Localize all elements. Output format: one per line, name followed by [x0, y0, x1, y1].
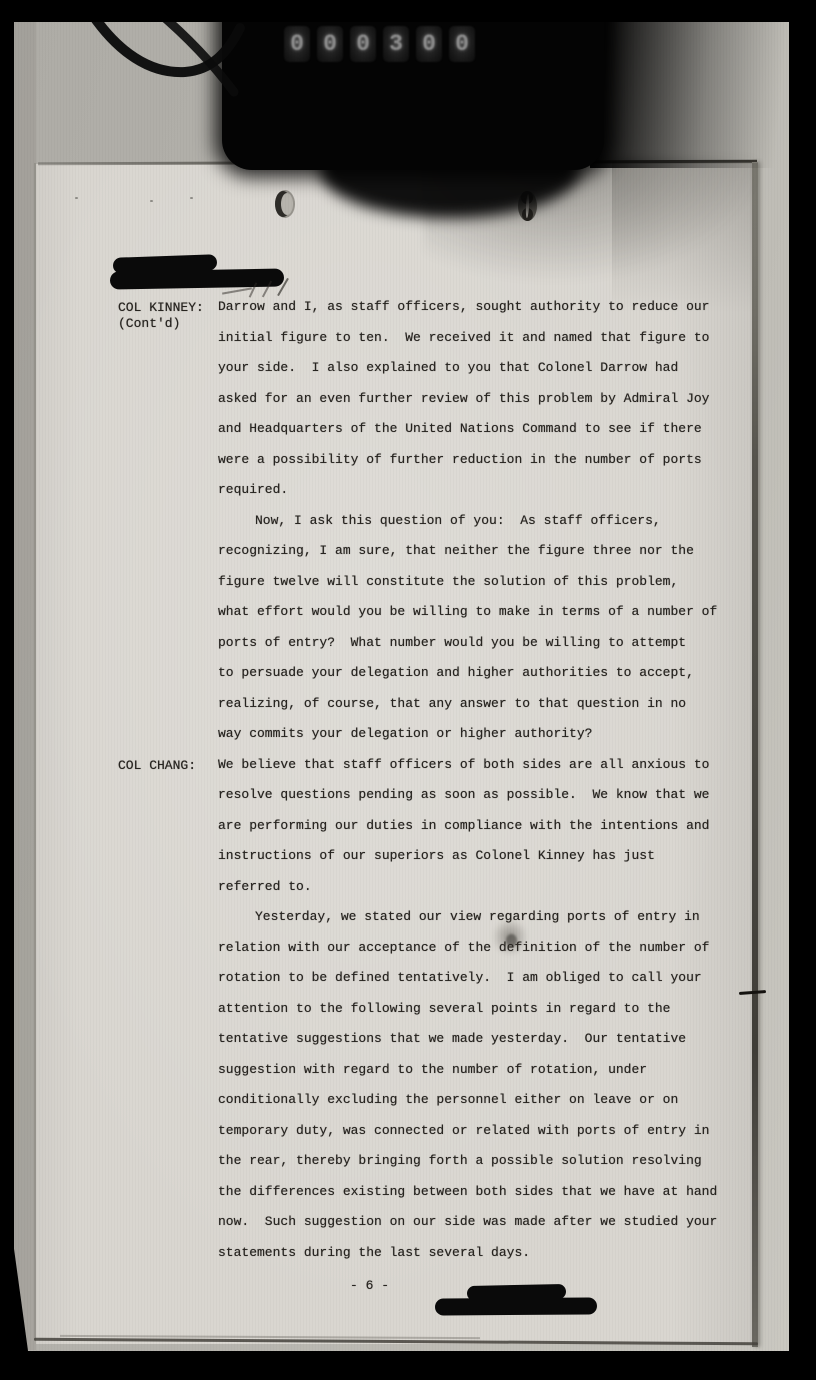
device-shadow [590, 0, 802, 168]
transcript-line: are performing our duties in compliance … [218, 811, 728, 842]
film-border-right [789, 0, 816, 1380]
transcript-line: required. [218, 475, 728, 506]
counter-digit: 0 [317, 26, 343, 62]
transcript-line: the rear, thereby bringing forth a possi… [218, 1146, 728, 1177]
transcript-line: referred to. [218, 872, 728, 903]
redaction-bar-bottom-2 [435, 1297, 597, 1315]
transcript-line: what effort would you be willing to make… [218, 597, 728, 628]
dust-speck [190, 197, 193, 199]
transcript-line: Darrow and I, as staff officers, sought … [218, 292, 728, 323]
hole-center [281, 193, 293, 215]
paragraph: Darrow and I, as staff officers, sought … [218, 292, 728, 506]
film-border-left [0, 0, 14, 1380]
transcript-line: We believe that staff officers of both s… [218, 750, 728, 781]
transcript-line: relation with our acceptance of the defi… [218, 933, 728, 964]
punch-hole-left [275, 190, 295, 218]
counter-digit: 0 [350, 26, 376, 62]
transcript-line: now. Such suggestion on our side was mad… [218, 1207, 728, 1238]
redaction-bar-top-2 [110, 268, 284, 289]
entry-body: Darrow and I, as staff officers, sought … [218, 292, 728, 750]
transcript-line: instructions of our superiors as Colonel… [218, 841, 728, 872]
counter-digit: 0 [449, 26, 475, 62]
paragraph: Now, I ask this question of you: As staf… [218, 506, 728, 750]
transcript-line: suggestion with regard to the number of … [218, 1055, 728, 1086]
transcript-line: and Headquarters of the United Nations C… [218, 414, 728, 445]
transcript-line: statements during the last several days. [218, 1238, 728, 1269]
transcript-entry: COL KINNEY:(Cont'd)Darrow and I, as staf… [0, 292, 770, 750]
counter-digit: 0 [416, 26, 442, 62]
transcript-line: recognizing, I am sure, that neither the… [218, 536, 728, 567]
dust-speck [150, 200, 153, 202]
transcript-line: conditionally excluding the personnel ei… [218, 1085, 728, 1116]
page-number: - 6 - [350, 1278, 389, 1293]
transcript-line: the differences existing between both si… [218, 1177, 728, 1208]
microfilm-scan-frame: COL KINNEY:(Cont'd)Darrow and I, as staf… [0, 0, 816, 1380]
counter-digit: 3 [383, 26, 409, 62]
transcript-line: temporary duty, was connected or related… [218, 1116, 728, 1147]
transcript-line: rotation to be defined tentatively. I am… [218, 963, 728, 994]
speaker-label: COL CHANG: [118, 758, 196, 773]
dust-speck [75, 197, 78, 199]
transcript-line: figure twelve will constitute the soluti… [218, 567, 728, 598]
transcript-line: realizing, of course, that any answer to… [218, 689, 728, 720]
speaker-note: (Cont'd) [118, 316, 180, 331]
transcript-line: Yesterday, we stated our view regarding … [218, 902, 728, 933]
transcript-line: ports of entry? What number would you be… [218, 628, 728, 659]
transcript-line: were a possibility of further reduction … [218, 445, 728, 476]
transcript-line: way commits your delegation or higher au… [218, 719, 728, 750]
transcript: COL KINNEY:(Cont'd)Darrow and I, as staf… [0, 292, 770, 1268]
transcript-line: asked for an even further review of this… [218, 384, 728, 415]
transcript-line: attention to the following several point… [218, 994, 728, 1025]
paragraph: Yesterday, we stated our view regarding … [218, 902, 728, 1268]
transcript-line: tentative suggestions that we made yeste… [218, 1024, 728, 1055]
ink-smudge-core [506, 934, 517, 947]
transcript-line: your side. I also explained to you that … [218, 353, 728, 384]
entry-body: We believe that staff officers of both s… [218, 750, 728, 1269]
transcript-line: resolve questions pending as soon as pos… [218, 780, 728, 811]
transcript-line: to persuade your delegation and higher a… [218, 658, 728, 689]
film-border-top [0, 0, 816, 22]
transcript-entry: COL CHANG:We believe that staff officers… [0, 750, 770, 1269]
film-border-bottom [0, 1351, 816, 1380]
transcript-line: initial figure to ten. We received it an… [218, 323, 728, 354]
speaker-label: COL KINNEY: [118, 300, 204, 315]
paragraph: We believe that staff officers of both s… [218, 750, 728, 903]
transcript-line: Now, I ask this question of you: As staf… [218, 506, 728, 537]
